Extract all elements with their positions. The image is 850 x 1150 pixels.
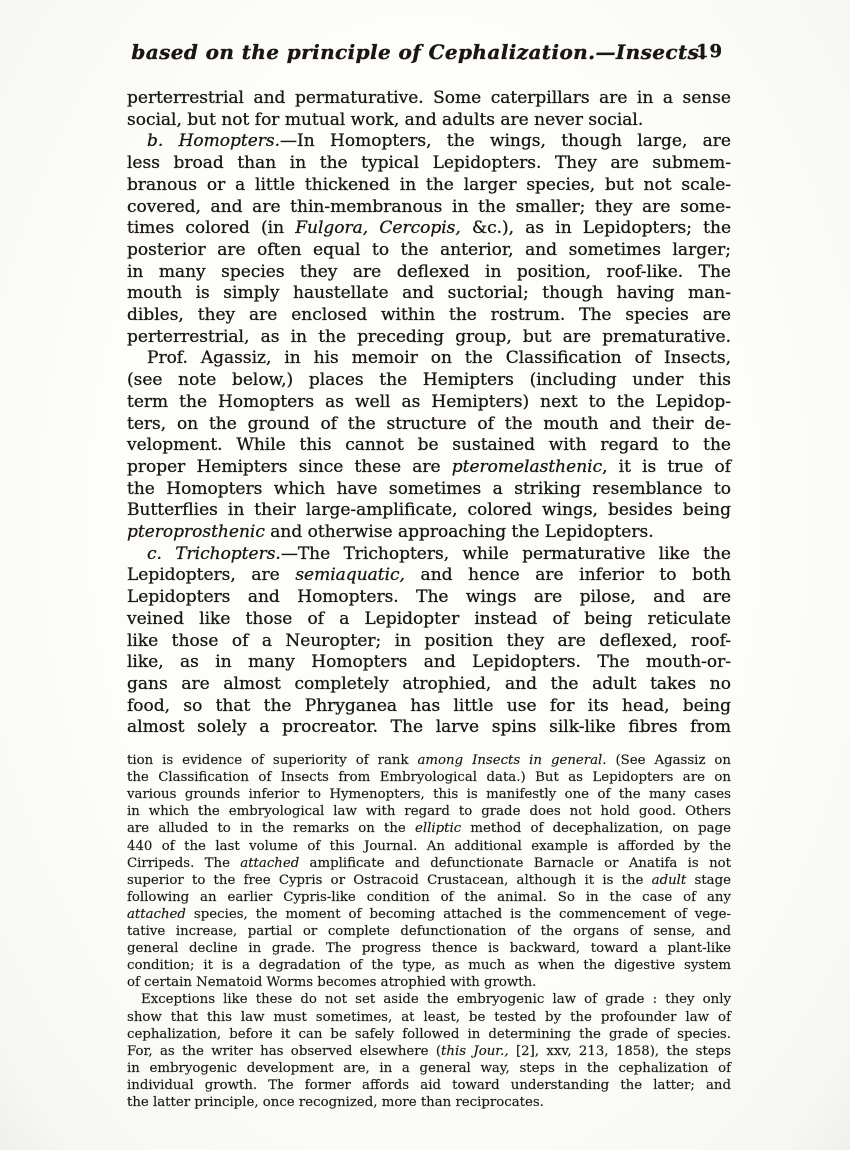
text-line: the Homopters which have sometimes a str… — [127, 479, 731, 501]
text-line: Lepidopters, are semiaquatic, and hence … — [127, 565, 731, 587]
text-line: pteroprosthenic and otherwise approachin… — [127, 522, 731, 544]
text-line: mouth is simply haustellate and suctoria… — [127, 283, 731, 305]
text-line: superior to the free Cypris or Ostracoid… — [127, 872, 731, 889]
text-line: 440 of the last volume of this Journal. … — [127, 838, 731, 855]
italic-text: this Jour., — [441, 1044, 509, 1059]
italic-text: among Insects in general. — [418, 753, 607, 768]
text-line: are alluded to in the remarks on the ell… — [127, 820, 731, 837]
paragraph: Exceptions like these do not set aside t… — [127, 991, 731, 1111]
paragraph: Prof. Agassiz, in his memoir on the Clas… — [127, 348, 731, 543]
paragraph: b. Homopters.—In Homopters, the wings, t… — [127, 131, 731, 348]
text-line: in embryogenic development are, in a gen… — [127, 1060, 731, 1077]
text-line: the latter principle, once recognized, m… — [127, 1094, 731, 1111]
text-line: gans are almost completely atrophied, an… — [127, 674, 731, 696]
text-line: veined like those of a Lepidopter instea… — [127, 609, 731, 631]
text-line: following an earlier Cypris-like conditi… — [127, 889, 731, 906]
italic-text: adult — [652, 873, 687, 888]
text-line: Butterflies in their large-amplificate, … — [127, 500, 731, 522]
scanned-book-page: based on the principle of Cephalization.… — [0, 0, 850, 1150]
text-line: various grounds inferior to Hymenopters,… — [127, 786, 731, 803]
paragraph: c. Trichopters.—The Trichopters, while p… — [127, 544, 731, 739]
text-line: in which the embryological law with rega… — [127, 803, 731, 820]
text-line: velopment. While this cannot be sustaine… — [127, 435, 731, 457]
text-line: condition; it is a degradation of the ty… — [127, 957, 731, 974]
text-line: perterrestrial and permaturative. Some c… — [127, 88, 731, 110]
text-line: posterior are often equal to the anterio… — [127, 240, 731, 262]
text-line: in many species they are deflexed in pos… — [127, 262, 731, 284]
text-line: individual growth. The former affords ai… — [127, 1077, 731, 1094]
text-line: Lepidopters and Homopters. The wings are… — [127, 587, 731, 609]
text-line: For, as the writer has observed elsewher… — [127, 1043, 731, 1060]
running-header-title: based on the principle of Cephalization.… — [131, 40, 706, 64]
text-line: social, but not for mutual work, and adu… — [127, 110, 731, 132]
footnote-text: tion is evidence of superiority of rank … — [127, 752, 731, 1111]
italic-text: elliptic — [415, 821, 461, 836]
italic-text: c. Trichopters. — [147, 544, 281, 564]
running-header: based on the principle of Cephalization.… — [127, 40, 731, 66]
text-line: of certain Nematoid Worms becomes atroph… — [127, 974, 731, 991]
text-line: the Classification of Insects from Embry… — [127, 769, 731, 786]
italic-text: Fulgora, Cercopis, — [295, 218, 461, 238]
page-content-column: based on the principle of Cephalization.… — [127, 40, 731, 1111]
text-line: tative increase, partial or complete def… — [127, 923, 731, 940]
scan-smudge-mark: ·. — [477, 1099, 489, 1111]
text-line: c. Trichopters.—The Trichopters, while p… — [127, 544, 731, 566]
text-line: food, so that the Phryganea has little u… — [127, 696, 731, 718]
text-line: like those of a Neuropter; in position t… — [127, 631, 731, 653]
text-line: tion is evidence of superiority of rank … — [127, 752, 731, 769]
text-line: b. Homopters.—In Homopters, the wings, t… — [127, 131, 731, 153]
text-line: almost solely a procreator. The larve sp… — [127, 717, 731, 739]
text-line: general decline in grade. The progress t… — [127, 940, 731, 957]
text-line: covered, and are thin-membranous in the … — [127, 197, 731, 219]
text-line: like, as in many Homopters and Lepidopte… — [127, 652, 731, 674]
paragraph: tion is evidence of superiority of rank … — [127, 752, 731, 991]
text-line: dibles, they are enclosed within the ros… — [127, 305, 731, 327]
text-line: term the Homopters as well as Hemipters)… — [127, 392, 731, 414]
italic-text: b. Homopters. — [147, 131, 280, 151]
text-line: times colored (in Fulgora, Cercopis, &c.… — [127, 218, 731, 240]
text-line: proper Hemipters since these are pterome… — [127, 457, 731, 479]
text-line: Prof. Agassiz, in his memoir on the Clas… — [127, 348, 731, 370]
text-line: Exceptions like these do not set aside t… — [127, 991, 731, 1008]
text-line: attached species, the moment of becoming… — [127, 906, 731, 923]
body-text: perterrestrial and permaturative. Some c… — [127, 88, 731, 739]
italic-text: attached — [127, 907, 186, 922]
text-line: show that this law must sometimes, at le… — [127, 1009, 731, 1026]
text-line: perterrestrial, as in the preceding grou… — [127, 327, 731, 349]
text-line: branous or a little thickened in the lar… — [127, 175, 731, 197]
italic-text: pteroprosthenic — [127, 522, 265, 542]
text-line: (see note below,) places the Hemipters (… — [127, 370, 731, 392]
text-line: ters, on the ground of the structure of … — [127, 414, 731, 436]
text-line: cephalization, before it can be safely f… — [127, 1026, 731, 1043]
text-line: less broad than in the typical Lepidopte… — [127, 153, 731, 175]
italic-text: attached — [240, 856, 299, 871]
italic-text: semiaquatic, — [295, 565, 405, 585]
paragraph: perterrestrial and permaturative. Some c… — [127, 88, 731, 131]
text-line: Cirripeds. The attached amplificate and … — [127, 855, 731, 872]
italic-text: pteromelasthenic — [452, 457, 602, 477]
page-number: 19 — [696, 41, 723, 62]
